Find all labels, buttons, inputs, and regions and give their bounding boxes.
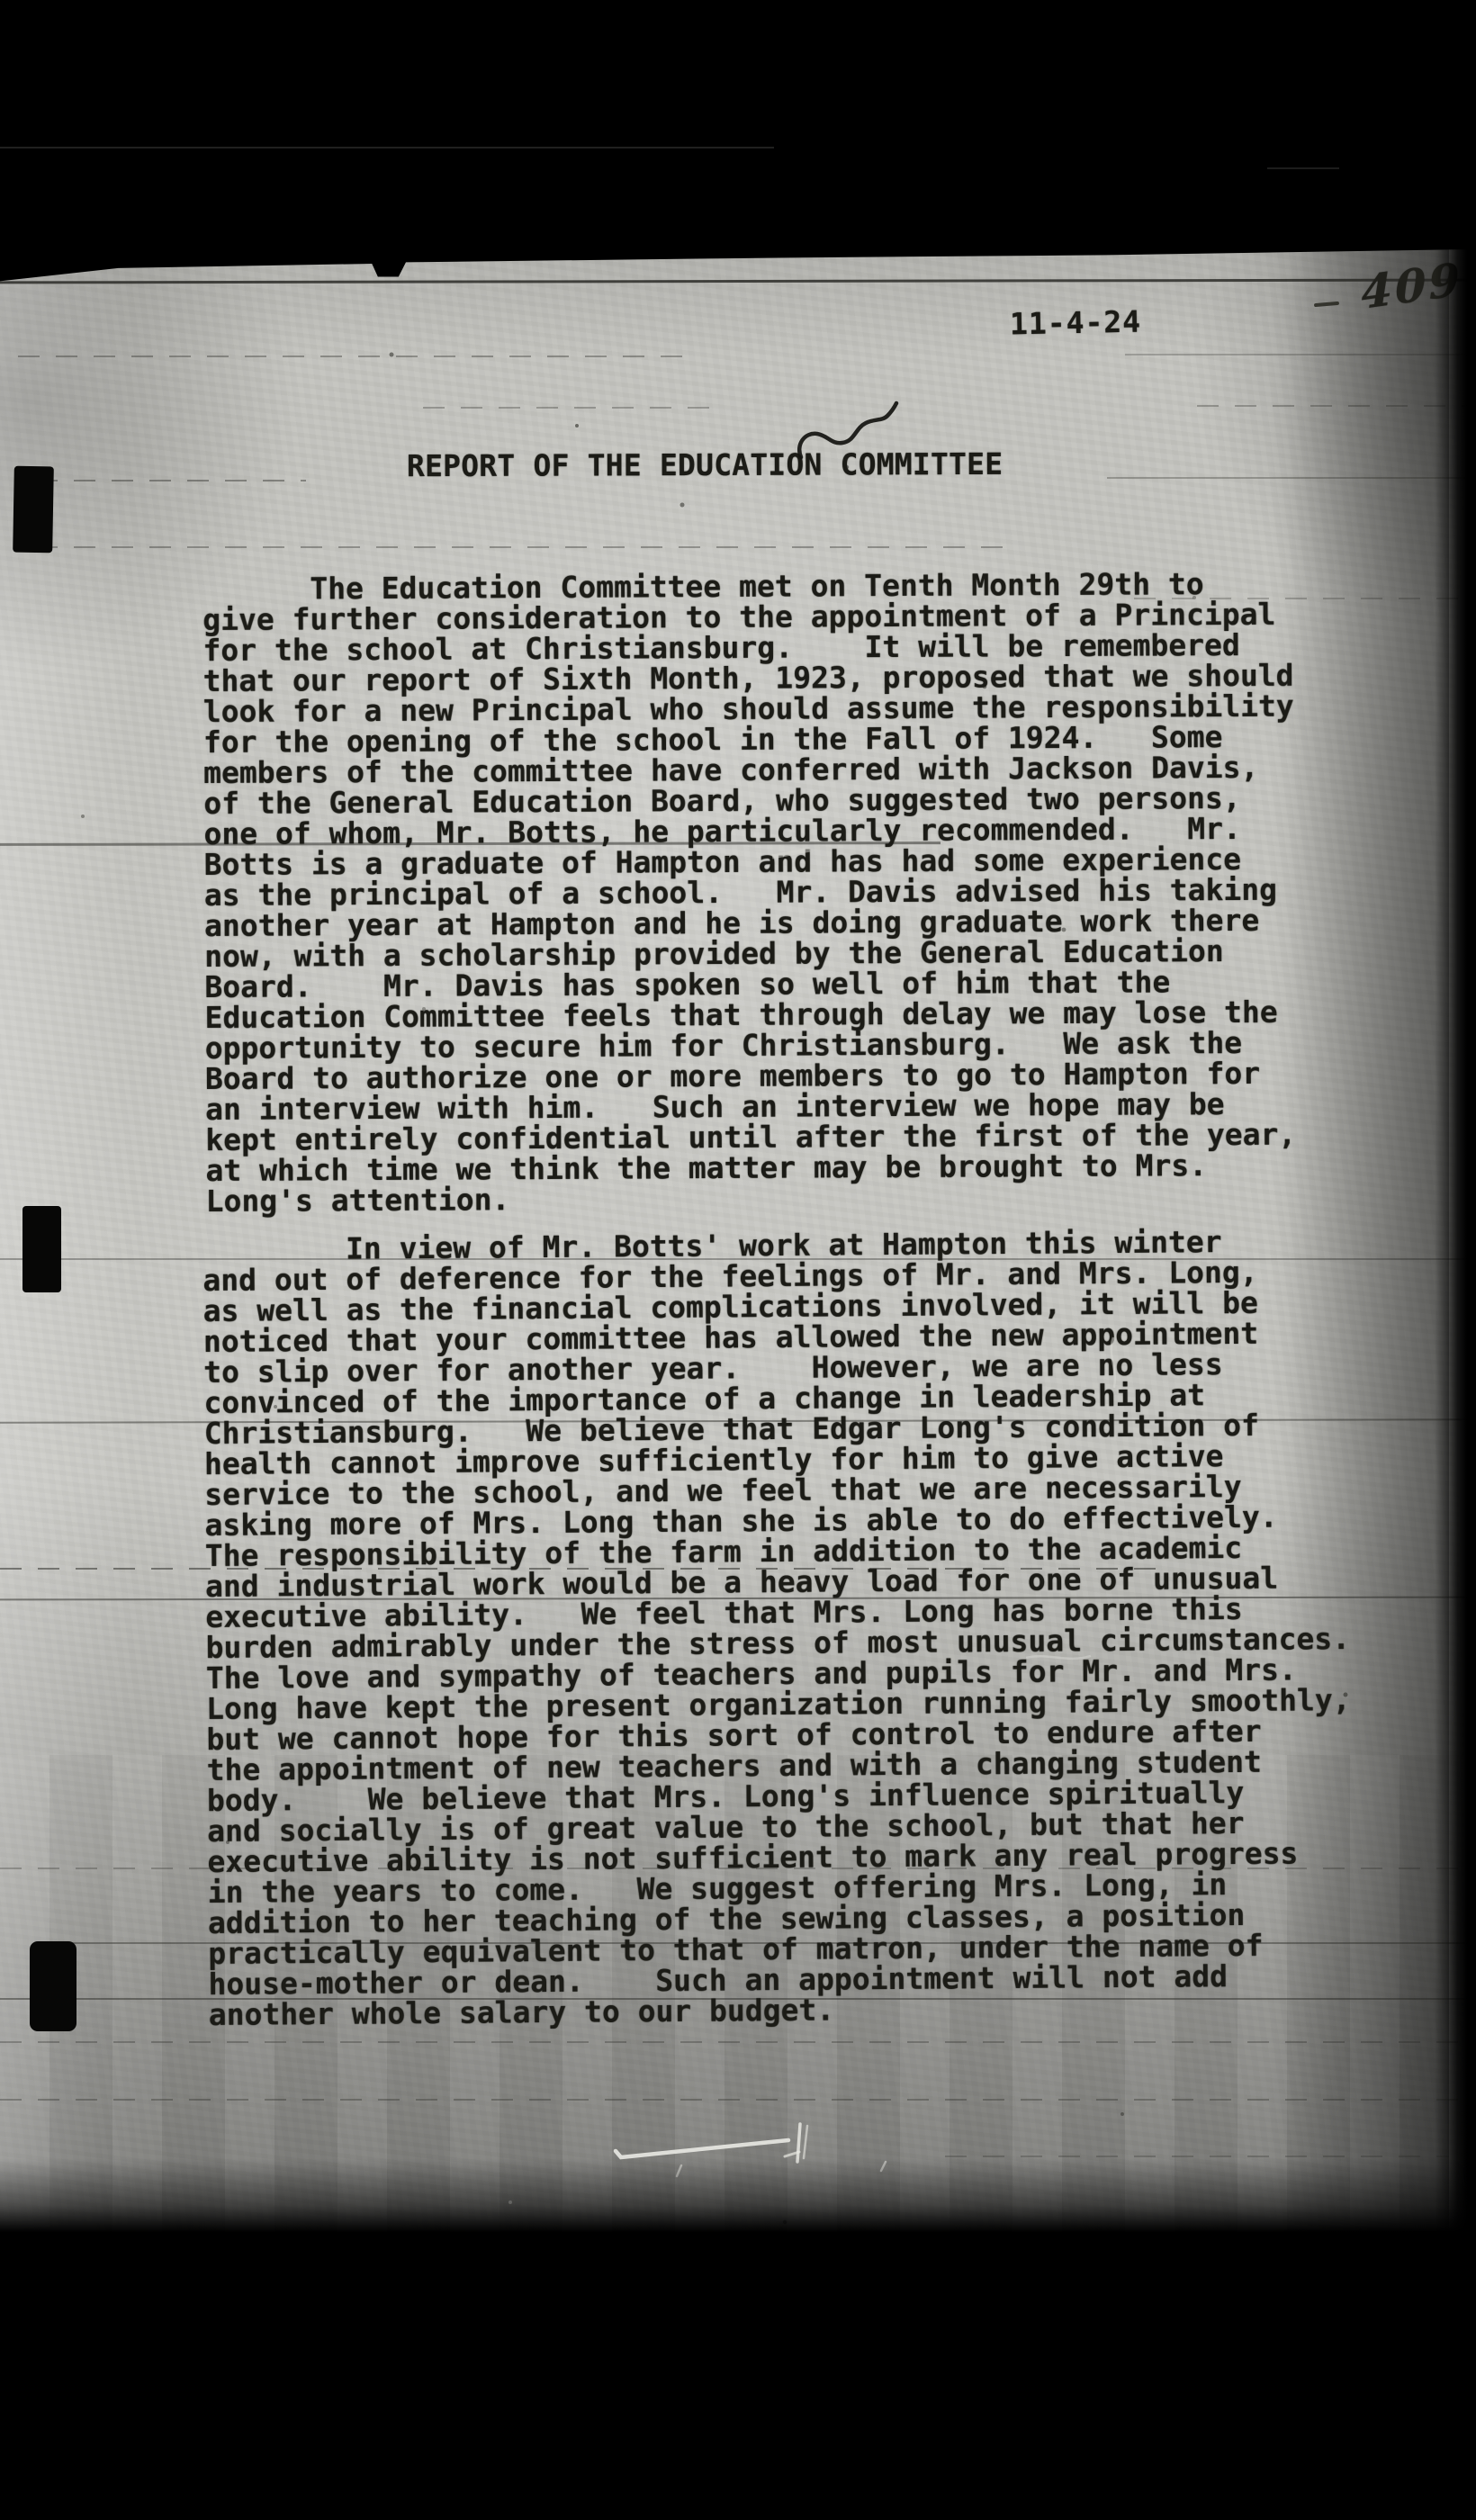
date-stamp: 11-4-24 (1010, 304, 1142, 342)
film-mark-middle (22, 1206, 61, 1292)
scan-line (945, 2155, 1449, 2157)
film-band-top (0, 0, 1476, 290)
scan-line (36, 480, 306, 481)
text-line: Long's attention. (206, 1181, 1297, 1217)
text-line: at which time we think the matter may be… (205, 1150, 1296, 1186)
film-mark-top (13, 466, 54, 553)
scan-line (36, 546, 1008, 548)
film-band-bottom (0, 2158, 1476, 2520)
scan-line (423, 407, 711, 409)
film-divider-line (1267, 167, 1339, 169)
scan-line (18, 355, 684, 357)
film-frame: 11-4-24 409 REPORT OF THE EDUCATION COMM… (0, 0, 1476, 2520)
scan-line (1125, 354, 1476, 355)
scan-line (0, 2099, 1476, 2101)
paragraph-1: The Education Committee met on Tenth Mon… (202, 569, 1297, 1217)
film-mark-bottom (30, 1941, 76, 2031)
film-divider-line (0, 147, 774, 148)
report-title: REPORT OF THE EDUCATION COMMITTEE (407, 446, 1003, 483)
scan-line (0, 2041, 1476, 2043)
film-edge-right (1435, 0, 1476, 2520)
paragraph-2: In view of Mr. Botts' work at Hampton th… (202, 1226, 1353, 2030)
scan-line (1107, 477, 1476, 479)
